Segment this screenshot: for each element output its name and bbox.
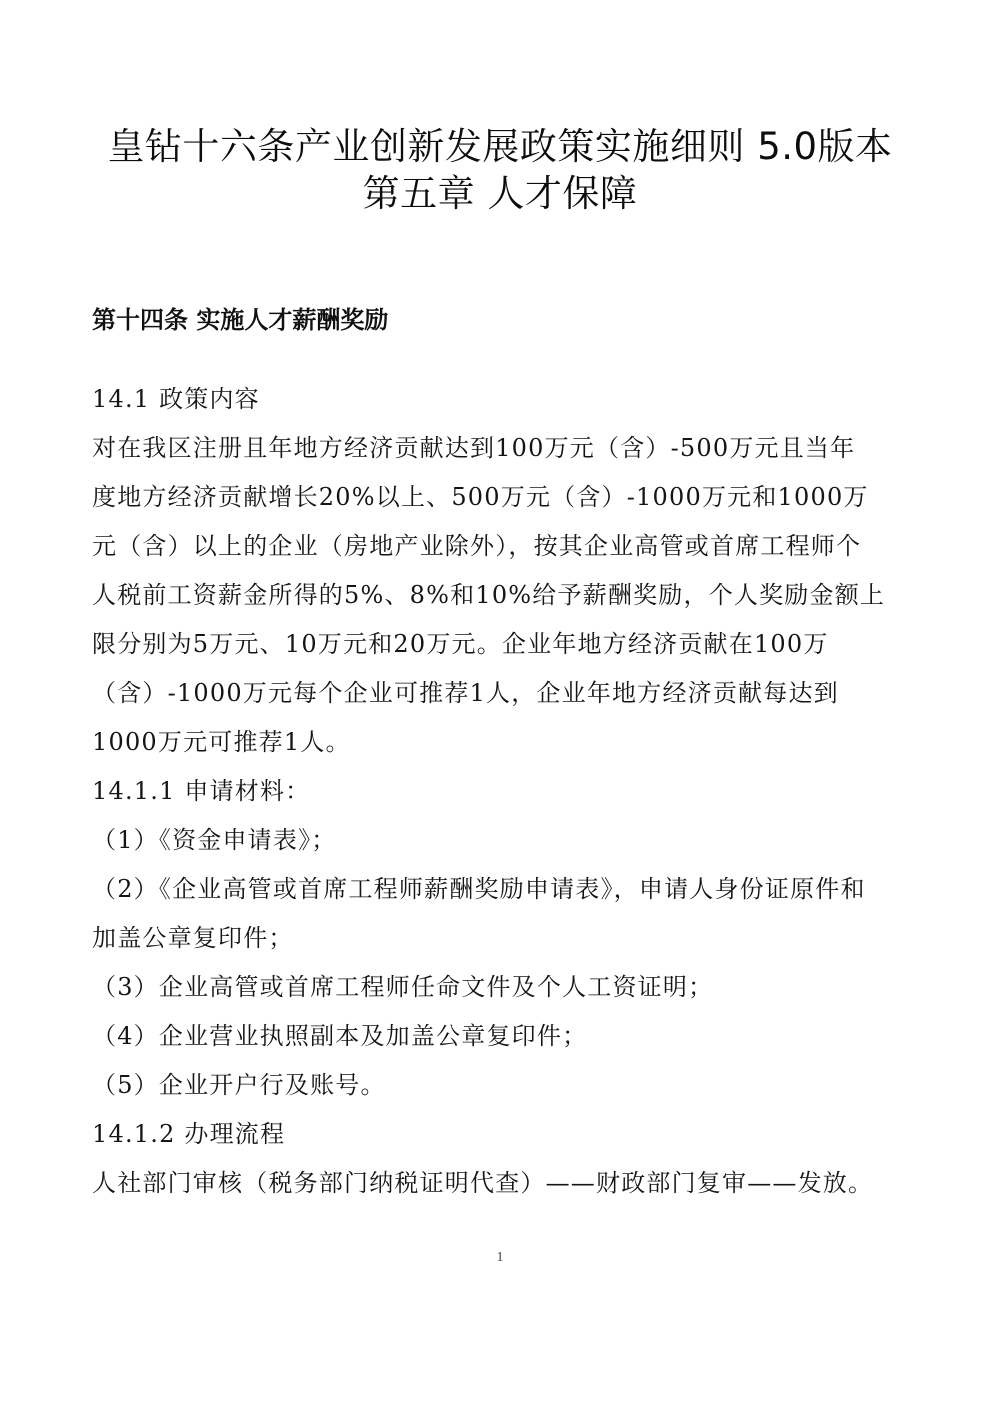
document-title: 皇钻十六条产业创新发展政策实施细则 5.0版本 bbox=[0, 123, 1000, 171]
policy-line: 1000万元可推荐1人。 bbox=[92, 724, 351, 760]
material-item: （5）企业开户行及账号。 bbox=[92, 1067, 386, 1103]
materials-heading: 14.1.1 申请材料： bbox=[92, 773, 310, 809]
process-heading: 14.1.2 办理流程 bbox=[92, 1116, 285, 1152]
policy-line: 人税前工资薪金所得的5%、8%和10%给予薪酬奖励，个人奖励金额上 bbox=[92, 577, 885, 613]
policy-line: 限分别为5万元、10万元和20万元。企业年地方经济贡献在100万 bbox=[92, 626, 829, 662]
policy-line: 元（含）以上的企业（房地产业除外），按其企业高管或首席工程师个 bbox=[92, 528, 861, 564]
policy-line: （含）-1000万元每个企业可推荐1人，企业年地方经济贡献每达到 bbox=[92, 675, 839, 711]
material-item: （4）企业营业执照副本及加盖公章复印件； bbox=[92, 1018, 587, 1054]
section-title: 14.1 政策内容 bbox=[92, 381, 260, 417]
chapter-title: 第五章 人才保障 bbox=[0, 170, 1000, 218]
policy-line: 对在我区注册且年地方经济贡献达到100万元（含）-500万元且当年 bbox=[92, 430, 855, 466]
page-number: 1 bbox=[0, 1250, 1000, 1266]
material-item: （1）《资金申请表》； bbox=[92, 822, 336, 858]
article-heading: 第十四条 实施人才薪酬奖励 bbox=[92, 302, 388, 338]
process-text: 人社部门审核（税务部门纳税证明代查）——财政部门复审——发放。 bbox=[92, 1165, 873, 1201]
document-page: 皇钻十六条产业创新发展政策实施细则 5.0版本 第五章 人才保障 第十四条 实施… bbox=[0, 0, 1000, 1413]
material-item: （3）企业高管或首席工程师任命文件及个人工资证明； bbox=[92, 969, 713, 1005]
material-item: 加盖公章复印件； bbox=[92, 920, 294, 956]
policy-line: 度地方经济贡献增长20%以上、500万元（含）-1000万元和1000万 bbox=[92, 479, 869, 515]
material-item: （2）《企业高管或首席工程师薪酬奖励申请表》，申请人身份证原件和 bbox=[92, 871, 866, 907]
